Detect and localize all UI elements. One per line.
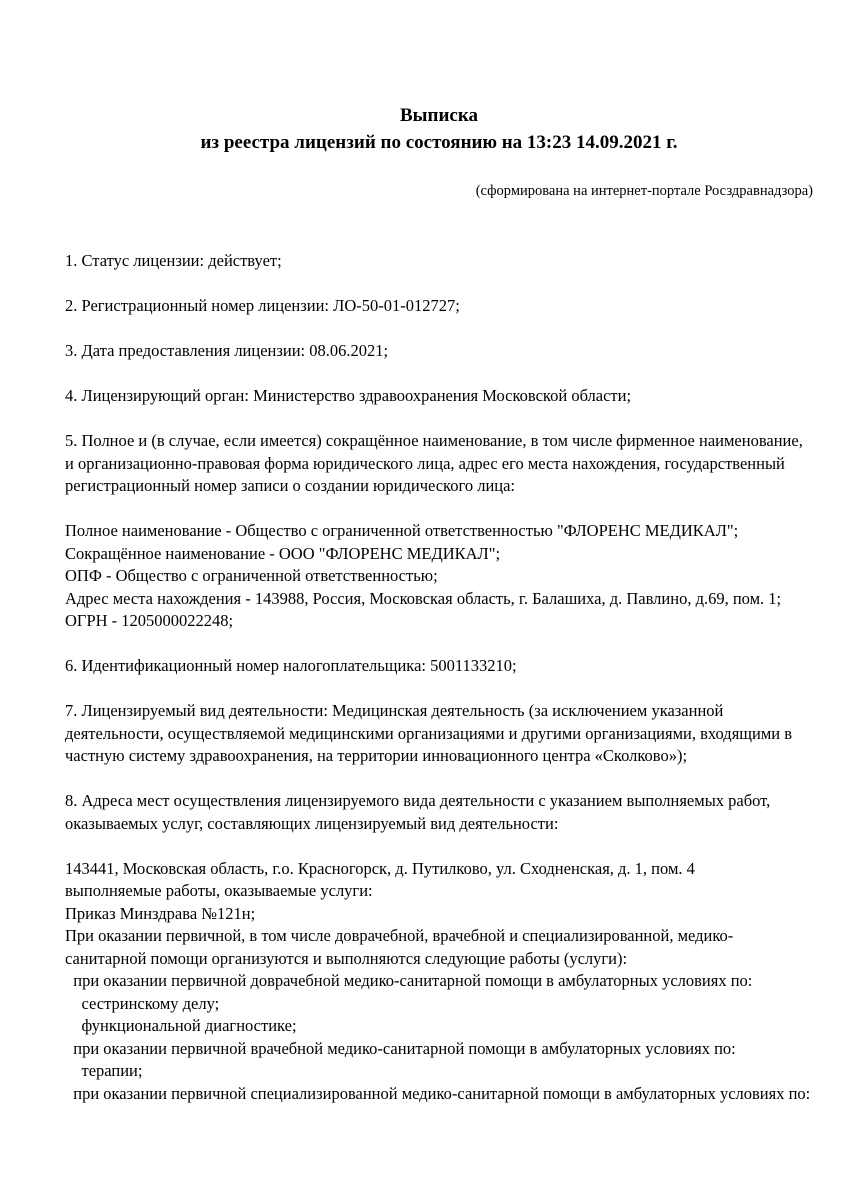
pre-medical-care-line: при оказании первичной доврачебной медик… <box>65 970 813 993</box>
document-title-line1: Выписка <box>65 102 813 129</box>
functional-diagnostics-line: функциональной диагностике; <box>65 1015 813 1038</box>
licensed-activity-type: 7. Лицензируемый вид деятельности: Медиц… <box>65 700 813 768</box>
licensing-authority: 4. Лицензирующий орган: Министерство здр… <box>65 385 813 408</box>
license-grant-date: 3. Дата предоставления лицензии: 08.06.2… <box>65 340 813 363</box>
taxpayer-id: 6. Идентификационный номер налогоплатель… <box>65 655 813 678</box>
works-services-label: выполняемые работы, оказываемые услуги: <box>65 880 813 903</box>
document-page: Выписка из реестра лицензий по состоянию… <box>0 0 863 1194</box>
therapy-line: терапии; <box>65 1060 813 1083</box>
org-short-name: Сокращённое наименование - ООО "ФЛОРЕНС … <box>65 543 813 566</box>
medical-care-line: при оказании первичной врачебной медико-… <box>65 1038 813 1061</box>
org-ogrn: ОГРН - 1205000022248; <box>65 610 813 633</box>
activity-address: 143441, Московская область, г.о. Красног… <box>65 858 813 881</box>
activity-addresses-heading: 8. Адреса мест осуществления лицензируем… <box>65 790 813 835</box>
document-title-line2: из реестра лицензий по состоянию на 13:2… <box>65 129 813 156</box>
nursing-line: сестринскому делу; <box>65 993 813 1016</box>
license-reg-number: 2. Регистрационный номер лицензии: ЛО-50… <box>65 295 813 318</box>
source-note: (сформирована на интернет-портале Росздр… <box>65 182 813 200</box>
org-full-name: Полное наименование - Общество с огранич… <box>65 520 813 543</box>
license-status: 1. Статус лицензии: действует; <box>65 250 813 273</box>
specialized-care-line: при оказании первичной специализированно… <box>65 1083 813 1106</box>
org-info-heading: 5. Полное и (в случае, если имеется) сок… <box>65 430 813 498</box>
ministry-order: Приказ Минздрава №121н; <box>65 903 813 926</box>
activity-address-block: 143441, Московская область, г.о. Красног… <box>65 858 813 1106</box>
org-details-block: Полное наименование - Общество с огранич… <box>65 520 813 633</box>
org-address: Адрес места нахождения - 143988, Россия,… <box>65 588 813 611</box>
org-legal-form: ОПФ - Общество с ограниченной ответствен… <box>65 565 813 588</box>
primary-care-intro: При оказании первичной, в том числе довр… <box>65 925 813 970</box>
